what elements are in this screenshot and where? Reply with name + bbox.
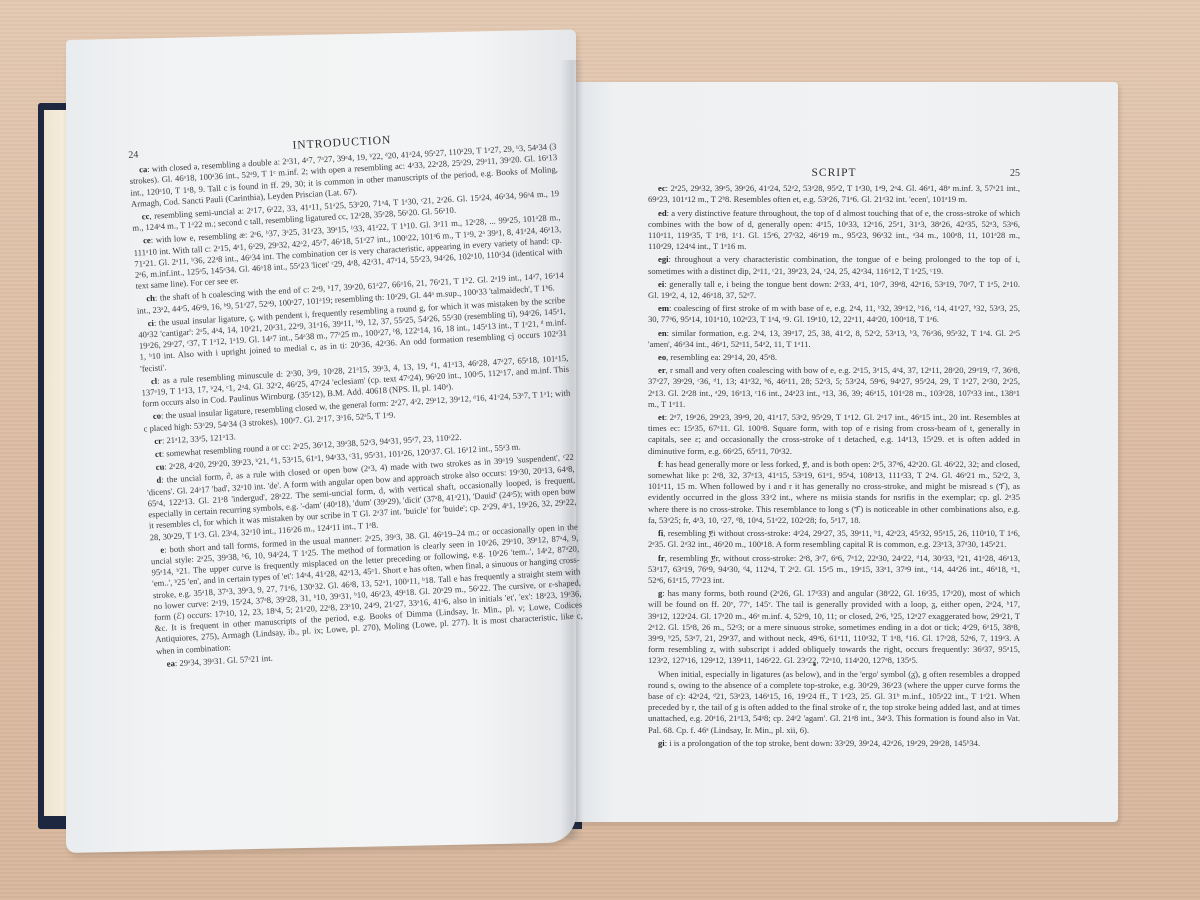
entry-text: : similar formation, e.g. 2ᵃ4, 13, 39ᵃ17… [648,328,1020,349]
paragraph-entry: f: has head generally more or less forke… [648,459,1020,526]
left-entries: ca: with closed a, resembling a double a… [129,141,585,670]
entry-text: : coalescing of first stroke of m with b… [648,303,1020,324]
left-page-text: 24 INTRODUCTION 00 ca: with closed a, re… [128,126,585,672]
entry-text: , r small and very often coalescing with… [648,365,1020,409]
entry-lemma: egi [658,254,669,264]
entry-text: , resembling ፻r, without cross-stroke: 2… [648,553,1020,585]
entry-text: : throughout a very characteristic combi… [648,254,1020,275]
paragraph-entry: en: similar formation, e.g. 2ᵃ4, 13, 39ᵃ… [648,328,1020,350]
paragraph-entry: eo, resembling ea: 29ᵃ14, 20, 45ᵃ8. [648,352,1020,363]
entry-text: : generally tall e, i being the tongue b… [648,279,1020,300]
entry-lemma: er [658,365,666,375]
entry-lemma: eo [658,352,666,362]
paragraph-entry: fi, resembling ፻i without cross-stroke: … [648,528,1020,550]
right-running-head: 00 SCRIPT 25 [648,168,1020,179]
entry-lemma: et [658,412,665,422]
entry-lemma: ec [658,183,666,193]
paragraph-entry: e: both short and tall forms, formed in … [150,521,584,657]
entry-lemma: ed [658,208,667,218]
paragraph-entry: em: coalescing of first stroke of m with… [648,303,1020,325]
entry-lemma: en [658,328,667,338]
paragraph-entry: g: has many forms, both round (2ᵃ26, Gl.… [648,588,1020,666]
paragraph-entry: er, r small and very often coalescing wi… [648,365,1020,410]
paragraph-entry: fr, resembling ፻r, without cross-stroke:… [648,553,1020,587]
paragraph-entry: ei: generally tall e, i being the tongue… [648,279,1020,301]
entry-lemma: em [658,303,669,313]
entry-text: , resembling ፻i without cross-stroke: 4ᵃ… [648,528,1020,549]
paragraph-entry: When initial, especially in ligatures (a… [648,669,1020,736]
entry-text: : 21ᵃ12, 33ᵃ5, 121ᵃ13. [162,431,236,445]
signature-mark [813,663,816,666]
entry-text: : has many forms, both round (2ᵃ26, Gl. … [648,588,1020,665]
paragraph-entry: ec: 2ᵃ25, 29ᵃ32, 39ᵃ5, 39ᵃ26, 41ᵃ24, 52ᵃ… [648,183,1020,205]
paragraph-entry: et: 2ᵃ7, 19ᵃ26, 29ᵃ23, 39ᵃ9, 20, 41ᵃ17, … [648,412,1020,457]
entry-text: : 2ᵃ25, 29ᵃ32, 39ᵃ5, 39ᵃ26, 41ᵃ24, 52ᵃ2,… [648,183,1020,204]
paragraph-entry: ed: a very distinctive feature throughou… [648,208,1020,253]
paragraph-entry: egi: throughout a very characteristic co… [648,254,1020,276]
entry-text: : i is a prolongation of the top stroke,… [665,738,980,748]
entry-lemma: gi [658,738,665,748]
entry-text: : has head generally more or less forked… [648,459,1020,525]
entry-text: When initial, especially in ligatures (a… [648,669,1020,735]
entry-lemma: fr [658,553,665,563]
entry-text: : 2ᵃ7, 19ᵃ26, 29ᵃ23, 39ᵃ9, 20, 41ᵃ17, 53… [648,412,1020,456]
entry-text: , resembling ea: 29ᵃ14, 20, 45ᵃ8. [666,352,777,362]
right-entries: ec: 2ᵃ25, 29ᵃ32, 39ᵃ5, 39ᵃ26, 41ᵃ24, 52ᵃ… [648,183,1020,749]
right-page-title: SCRIPT [658,168,1010,179]
entry-text: : both short and tall forms, formed in t… [151,521,583,656]
right-page-number: 25 [1010,168,1020,179]
entry-text: : a very distinctive feature throughout,… [648,208,1020,252]
right-page-text: 00 SCRIPT 25 ec: 2ᵃ25, 29ᵃ32, 39ᵃ5, 39ᵃ2… [648,168,1020,751]
left-page-number: 24 [128,149,139,161]
paragraph-entry: gi: i is a prolongation of the top strok… [648,738,1020,749]
